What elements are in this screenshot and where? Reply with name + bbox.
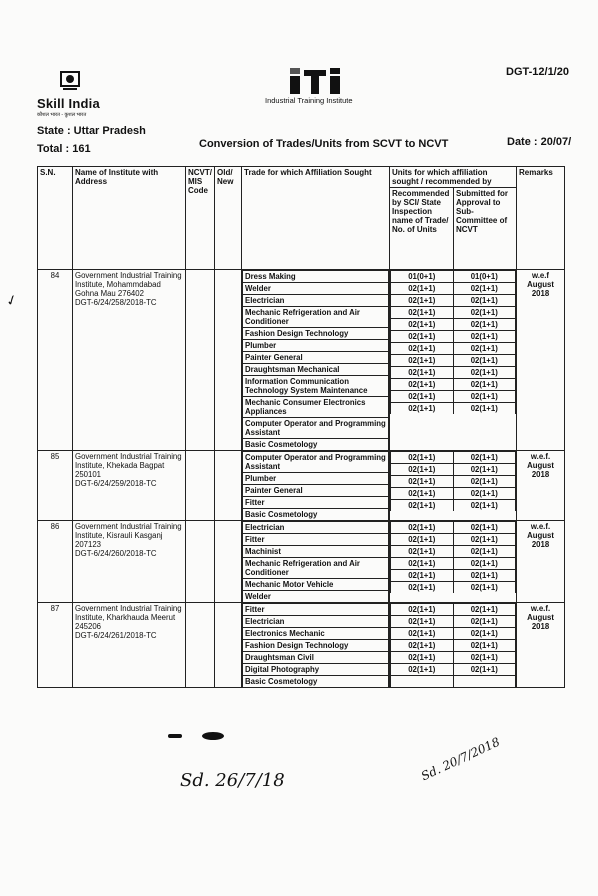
- submitted-units: 02(1+1): [453, 452, 516, 464]
- ink-blot: [168, 734, 182, 738]
- submitted-units: 02(1+1): [453, 570, 516, 582]
- units-list: 02(1+1)02(1+1)02(1+1)02(1+1)02(1+1)02(1+…: [390, 603, 517, 688]
- iti-subtitle: Industrial Training Institute: [265, 96, 353, 105]
- serial-number: 86: [38, 521, 73, 603]
- recommended-units: 02(1+1): [391, 652, 454, 664]
- trade-name: Fitter: [243, 497, 389, 509]
- recommended-units: 02(1+1): [391, 367, 454, 379]
- trade-name: Draughtsman Mechanical: [243, 364, 389, 376]
- signature-right: Sd. 20/7/2018: [419, 735, 502, 784]
- unit-row: 02(1+1)02(1+1): [391, 295, 516, 307]
- trade-row: Computer Operator and Programming Assist…: [243, 452, 389, 473]
- ncvt-code: [186, 521, 215, 603]
- submitted-units: 02(1+1): [453, 488, 516, 500]
- submitted-units: 02(1+1): [453, 464, 516, 476]
- submitted-units: 02(1+1): [453, 604, 516, 616]
- trade-row: Mechanic Consumer Electronics Appliances: [243, 397, 389, 418]
- trade-row: Electrician: [243, 522, 389, 534]
- recommended-units: 01(0+1): [391, 271, 454, 283]
- unit-row: 02(1+1)02(1+1): [391, 546, 516, 558]
- recommended-units: 02(1+1): [391, 546, 454, 558]
- submitted-units: 02(1+1): [453, 319, 516, 331]
- unit-row: 02(1+1)02(1+1): [391, 570, 516, 582]
- unit-row: 02(1+1)02(1+1): [391, 464, 516, 476]
- unit-row: 02(1+1)02(1+1): [391, 522, 516, 534]
- reference-number: DGT-12/1/20: [506, 66, 569, 78]
- institute-name: Government Industrial Training Institute…: [75, 604, 183, 631]
- trade-name: Fashion Design Technology: [243, 328, 389, 340]
- submitted-units: 01(0+1): [453, 271, 516, 283]
- unit-row: 02(1+1)02(1+1): [391, 452, 516, 464]
- trade-name: Fitter: [243, 534, 389, 546]
- recommended-units: 02(1+1): [391, 582, 454, 594]
- submitted-units: [453, 676, 516, 688]
- recommended-units: 02(1+1): [391, 616, 454, 628]
- unit-row: 01(0+1)01(0+1): [391, 271, 516, 283]
- old-new: [215, 521, 242, 603]
- trade-name: Machinist: [243, 546, 389, 558]
- ncvt-code: [186, 603, 215, 688]
- trade-row: Welder: [243, 591, 389, 603]
- recommended-units: 02(1+1): [391, 319, 454, 331]
- trade-name: Digital Photography: [243, 664, 389, 676]
- institute-cell: Government Industrial Training Institute…: [73, 603, 186, 688]
- unit-row: 02(1+1)02(1+1): [391, 616, 516, 628]
- recommended-units: 02(1+1): [391, 500, 454, 512]
- old-new: [215, 270, 242, 451]
- old-new: [215, 603, 242, 688]
- unit-row: 02(1+1)02(1+1): [391, 652, 516, 664]
- trade-name: Mechanic Consumer Electronics Appliances: [243, 397, 389, 418]
- trade-row: Machinist: [243, 546, 389, 558]
- skill-india-logo-icon: [58, 70, 82, 94]
- trade-row: Digital Photography: [243, 664, 389, 676]
- serial-number: 87: [38, 603, 73, 688]
- submitted-units: 02(1+1): [453, 500, 516, 512]
- submitted-units: 02(1+1): [453, 546, 516, 558]
- recommended-units: 02(1+1): [391, 534, 454, 546]
- submitted-units: 02(1+1): [453, 295, 516, 307]
- submitted-units: 02(1+1): [453, 522, 516, 534]
- recommended-units: 02(1+1): [391, 403, 454, 415]
- unit-row: 02(1+1)02(1+1): [391, 500, 516, 512]
- trade-row: Welder: [243, 283, 389, 295]
- submitted-units: 02(1+1): [453, 355, 516, 367]
- submitted-units: 02(1+1): [453, 628, 516, 640]
- institute-cell: Government Industrial Training Institute…: [73, 270, 186, 451]
- institute-row: 84Government Industrial Training Institu…: [38, 270, 565, 451]
- trade-row: Painter General: [243, 485, 389, 497]
- institute-name: Government Industrial Training Institute…: [75, 452, 183, 479]
- document-date: Date : 20/07/: [507, 136, 571, 148]
- trade-name: Draughtsman Civil: [243, 652, 389, 664]
- submitted-units: 02(1+1): [453, 664, 516, 676]
- recommended-units: 02(1+1): [391, 283, 454, 295]
- trade-name: Mechanic Motor Vehicle: [243, 579, 389, 591]
- trade-row: Dress Making: [243, 271, 389, 283]
- recommended-units: 02(1+1): [391, 295, 454, 307]
- unit-row: 02(1+1)02(1+1): [391, 476, 516, 488]
- unit-row: 02(1+1)02(1+1): [391, 604, 516, 616]
- trade-row: Fashion Design Technology: [243, 328, 389, 340]
- trade-name: Welder: [243, 591, 389, 603]
- unit-row: 02(1+1)02(1+1): [391, 319, 516, 331]
- trade-row: Basic Cosmetology: [243, 676, 389, 688]
- recommended-units: 02(1+1): [391, 558, 454, 570]
- header-name: Name of Institute with Address: [73, 167, 186, 270]
- dgt-code: DGT-6/24/261/2018-TC: [75, 631, 183, 640]
- institute-row: 86Government Industrial Training Institu…: [38, 521, 565, 603]
- trade-row: Fitter: [243, 534, 389, 546]
- unit-row: 02(1+1)02(1+1): [391, 355, 516, 367]
- trade-row: Draughtsman Civil: [243, 652, 389, 664]
- trade-name: Electrician: [243, 616, 389, 628]
- trade-name: Welder: [243, 283, 389, 295]
- submitted-units: 02(1+1): [453, 307, 516, 319]
- trade-name: Computer Operator and Programming Assist…: [243, 418, 389, 439]
- submitted-units: 02(1+1): [453, 283, 516, 295]
- recommended-units: [391, 676, 454, 688]
- recommended-units: 02(1+1): [391, 452, 454, 464]
- unit-row: 02(1+1)02(1+1): [391, 664, 516, 676]
- units-list: 02(1+1)02(1+1)02(1+1)02(1+1)02(1+1)02(1+…: [390, 521, 517, 603]
- header-recommended: Recommended by SCI/ State Inspection nam…: [390, 188, 454, 270]
- serial-number: 84: [38, 270, 73, 451]
- submitted-units: 02(1+1): [453, 558, 516, 570]
- units-list: 02(1+1)02(1+1)02(1+1)02(1+1)02(1+1)02(1+…: [390, 451, 517, 521]
- submitted-units: 02(1+1): [453, 616, 516, 628]
- dgt-code: DGT-6/24/259/2018-TC: [75, 479, 183, 488]
- trade-row: Mechanic Motor Vehicle: [243, 579, 389, 591]
- trade-name: Basic Cosmetology: [243, 509, 389, 521]
- trade-name: Basic Cosmetology: [243, 439, 389, 451]
- trade-name: Information Communication Technology Sys…: [243, 376, 389, 397]
- header-submitted: Submitted for Approval to Sub-Committee …: [454, 188, 517, 270]
- unit-row: 02(1+1)02(1+1): [391, 628, 516, 640]
- submitted-units: 02(1+1): [453, 343, 516, 355]
- trade-list: FitterElectricianElectronics MechanicFas…: [242, 603, 390, 688]
- recommended-units: 02(1+1): [391, 488, 454, 500]
- unit-row: [391, 676, 516, 688]
- submitted-units: 02(1+1): [453, 379, 516, 391]
- skill-india-tagline: कौशल भारत - कुशल भारत: [37, 112, 86, 118]
- trade-row: Basic Cosmetology: [243, 439, 389, 451]
- trade-name: Mechanic Refrigeration and Air Condition…: [243, 558, 389, 579]
- trade-row: Electrician: [243, 295, 389, 307]
- unit-row: 02(1+1)02(1+1): [391, 534, 516, 546]
- trade-name: Painter General: [243, 352, 389, 364]
- submitted-units: 02(1+1): [453, 582, 516, 594]
- skill-india-title: Skill India: [37, 96, 100, 111]
- iti-logo-icon: [288, 66, 354, 94]
- trade-name: Electrician: [243, 522, 389, 534]
- unit-row: 02(1+1)02(1+1): [391, 343, 516, 355]
- recommended-units: 02(1+1): [391, 664, 454, 676]
- submitted-units: 02(1+1): [453, 652, 516, 664]
- remarks: w.e.f. August 2018: [517, 451, 565, 521]
- unit-row: 02(1+1)02(1+1): [391, 640, 516, 652]
- recommended-units: 02(1+1): [391, 628, 454, 640]
- trade-row: Mechanic Refrigeration and Air Condition…: [243, 558, 389, 579]
- signature-left: Sd. 26/7/18: [180, 770, 285, 791]
- trade-name: Painter General: [243, 485, 389, 497]
- recommended-units: 02(1+1): [391, 464, 454, 476]
- trade-row: Computer Operator and Programming Assist…: [243, 418, 389, 439]
- trade-row: Fitter: [243, 604, 389, 616]
- recommended-units: 02(1+1): [391, 640, 454, 652]
- ncvt-code: [186, 451, 215, 521]
- ncvt-code: [186, 270, 215, 451]
- header-old-new: Old/ New: [215, 167, 242, 270]
- submitted-units: 02(1+1): [453, 391, 516, 403]
- recommended-units: 02(1+1): [391, 307, 454, 319]
- trade-row: Mechanic Refrigeration and Air Condition…: [243, 307, 389, 328]
- trade-list: ElectricianFitterMachinistMechanic Refri…: [242, 521, 390, 603]
- ink-blot: [202, 732, 224, 740]
- serial-number: 85: [38, 451, 73, 521]
- trade-row: Electrician: [243, 616, 389, 628]
- unit-row: 02(1+1)02(1+1): [391, 379, 516, 391]
- institute-name: Government Industrial Training Institute…: [75, 522, 183, 549]
- recommended-units: 02(1+1): [391, 355, 454, 367]
- trade-name: Mechanic Refrigeration and Air Condition…: [243, 307, 389, 328]
- recommended-units: 02(1+1): [391, 604, 454, 616]
- trade-row: Painter General: [243, 352, 389, 364]
- trade-name: Basic Cosmetology: [243, 676, 389, 688]
- unit-row: 02(1+1)02(1+1): [391, 488, 516, 500]
- trade-list: Computer Operator and Programming Assist…: [242, 451, 390, 521]
- recommended-units: 02(1+1): [391, 379, 454, 391]
- trade-row: Information Communication Technology Sys…: [243, 376, 389, 397]
- trade-name: Electrician: [243, 295, 389, 307]
- trade-name: Plumber: [243, 340, 389, 352]
- header-trade: Trade for which Affiliation Sought: [242, 167, 390, 270]
- document-title: Conversion of Trades/Units from SCVT to …: [199, 138, 448, 150]
- header-code: NCVT/ MIS Code: [186, 167, 215, 270]
- institute-name: Government Industrial Training Institute…: [75, 271, 183, 298]
- recommended-units: 02(1+1): [391, 331, 454, 343]
- submitted-units: 02(1+1): [453, 367, 516, 379]
- header-remarks: Remarks: [517, 167, 565, 270]
- recommended-units: 02(1+1): [391, 570, 454, 582]
- total-label: Total : 161: [37, 143, 91, 155]
- institute-row: 85Government Industrial Training Institu…: [38, 451, 565, 521]
- unit-row: 02(1+1)02(1+1): [391, 307, 516, 319]
- recommended-units: 02(1+1): [391, 391, 454, 403]
- trade-name: Dress Making: [243, 271, 389, 283]
- unit-row: 02(1+1)02(1+1): [391, 391, 516, 403]
- submitted-units: 02(1+1): [453, 476, 516, 488]
- old-new: [215, 451, 242, 521]
- units-list: 01(0+1)01(0+1)02(1+1)02(1+1)02(1+1)02(1+…: [390, 270, 517, 451]
- institute-cell: Government Industrial Training Institute…: [73, 521, 186, 603]
- submitted-units: 02(1+1): [453, 403, 516, 415]
- trade-row: Basic Cosmetology: [243, 509, 389, 521]
- institute-cell: Government Industrial Training Institute…: [73, 451, 186, 521]
- remarks: w.e.f. August 2018: [517, 603, 565, 688]
- unit-row: 02(1+1)02(1+1): [391, 558, 516, 570]
- institute-row: 87Government Industrial Training Institu…: [38, 603, 565, 688]
- trade-row: Draughtsman Mechanical: [243, 364, 389, 376]
- unit-row: 02(1+1)02(1+1): [391, 403, 516, 415]
- unit-row: 02(1+1)02(1+1): [391, 331, 516, 343]
- check-mark: ✓: [3, 291, 20, 311]
- unit-row: 02(1+1)02(1+1): [391, 582, 516, 594]
- remarks: w.e.f. August 2018: [517, 521, 565, 603]
- submitted-units: 02(1+1): [453, 534, 516, 546]
- header-sn: S.N.: [38, 167, 73, 270]
- trade-name: Plumber: [243, 473, 389, 485]
- unit-row: 02(1+1)02(1+1): [391, 283, 516, 295]
- header-units: Units for which affiliation sought / rec…: [390, 167, 517, 188]
- unit-row: 02(1+1)02(1+1): [391, 367, 516, 379]
- trade-row: Fitter: [243, 497, 389, 509]
- recommended-units: 02(1+1): [391, 476, 454, 488]
- state-label: State : Uttar Pradesh: [37, 125, 146, 137]
- trade-name: Fashion Design Technology: [243, 640, 389, 652]
- dgt-code: DGT-6/24/258/2018-TC: [75, 298, 183, 307]
- trade-name: Fitter: [243, 604, 389, 616]
- remarks: w.e.f August 2018: [517, 270, 565, 451]
- trades-table: S.N. Name of Institute with Address NCVT…: [37, 166, 565, 688]
- trade-name: Computer Operator and Programming Assist…: [243, 452, 389, 473]
- trade-name: Electronics Mechanic: [243, 628, 389, 640]
- submitted-units: 02(1+1): [453, 640, 516, 652]
- trade-row: Electronics Mechanic: [243, 628, 389, 640]
- dgt-code: DGT-6/24/260/2018-TC: [75, 549, 183, 558]
- trade-list: Dress MakingWelderElectricianMechanic Re…: [242, 270, 390, 451]
- recommended-units: 02(1+1): [391, 343, 454, 355]
- recommended-units: 02(1+1): [391, 522, 454, 534]
- trade-row: Plumber: [243, 473, 389, 485]
- submitted-units: 02(1+1): [453, 331, 516, 343]
- trade-row: Plumber: [243, 340, 389, 352]
- trade-row: Fashion Design Technology: [243, 640, 389, 652]
